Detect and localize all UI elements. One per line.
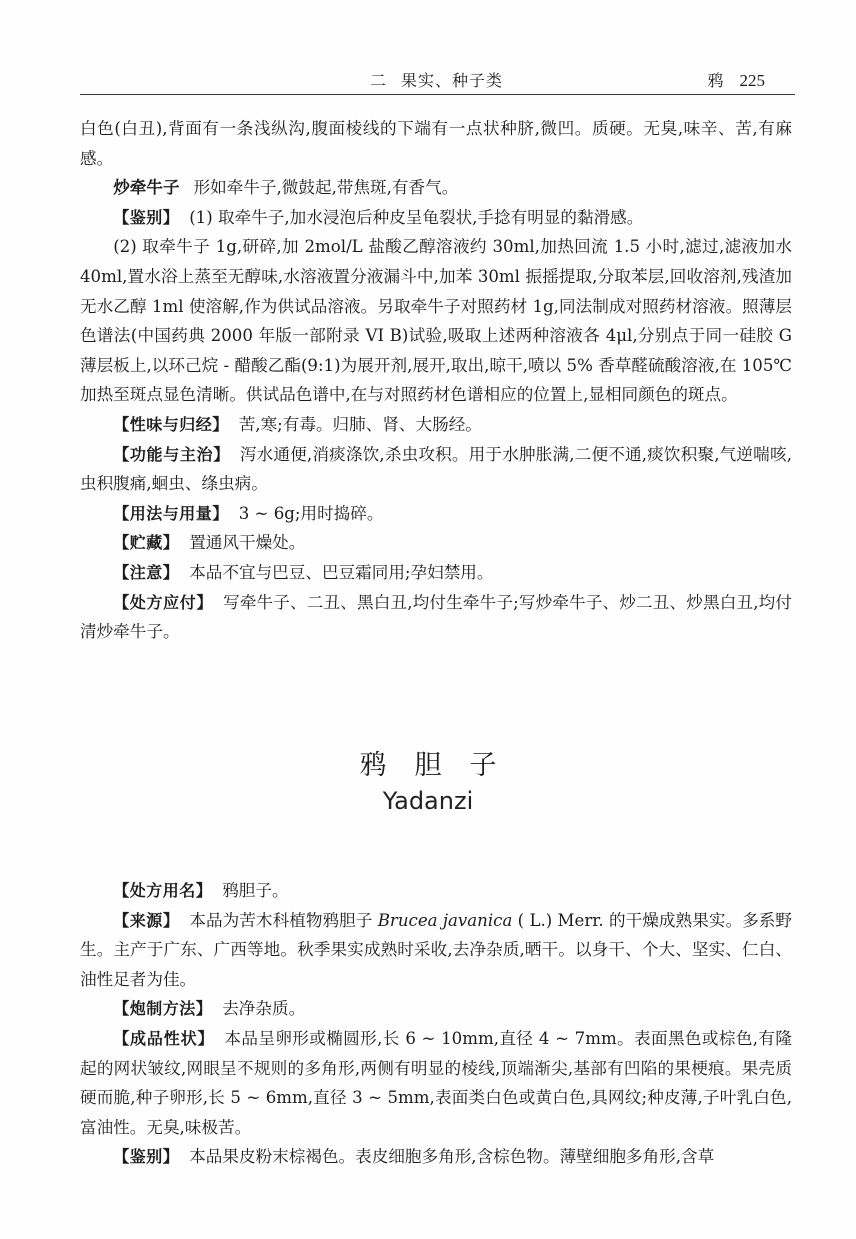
- section-label: 【功能与主治】: [113, 445, 230, 464]
- header-right: 鸦225: [707, 68, 765, 91]
- section-identification: 【鉴别】本品果皮粉末棕褐色。表皮细胞多角形,含棕色物。薄壁细胞多角形,含草: [80, 1142, 792, 1172]
- section-label: 【贮藏】: [113, 533, 179, 552]
- section-text: 3 ~ 6g;用时捣碎。: [239, 504, 384, 523]
- identification-paragraph-1: 【鉴别】(1) 取牵牛子,加水浸泡后种皮呈龟裂状,手捻有明显的黏滑感。: [80, 203, 792, 233]
- index-character: 鸦: [707, 71, 723, 90]
- continuation-paragraph: 白色(白丑),背面有一条浅纵沟,腹面棱线的下端有一点状种脐,微凹。质硬。无臭,味…: [80, 114, 792, 173]
- section-text: 置通风干燥处。: [189, 533, 305, 552]
- page-number: 225: [740, 71, 766, 90]
- section-label: 【炮制方法】: [113, 999, 212, 1018]
- section-function-indication: 【功能与主治】泻水通便,消痰涤饮,杀虫攻积。用于水肿胀满,二便不通,痰饮积聚,气…: [80, 440, 792, 499]
- chapter-title: 果实、种子类: [401, 71, 503, 90]
- entry-title: 鸦胆子: [0, 743, 856, 782]
- section-text: 去净杂质。: [222, 999, 305, 1018]
- section-text: 苦,寒;有毒。归肺、肾、大肠经。: [239, 415, 482, 434]
- section-text: 本品果皮粉末棕褐色。表皮细胞多角形,含棕色物。薄壁细胞多角形,含草: [189, 1147, 714, 1166]
- chapter-heading: 二果实、种子类: [370, 68, 503, 91]
- section-label: 【鉴别】: [113, 1147, 179, 1166]
- section-prescription-name: 【处方用名】鸦胆子。: [80, 876, 792, 906]
- processed-form-text: 形如牵牛子,微鼓起,带焦斑,有香气。: [194, 178, 459, 197]
- section-processing: 【炮制方法】去净杂质。: [80, 994, 792, 1024]
- running-header: 二果实、种子类 鸦225: [80, 64, 795, 95]
- latin-binomial: Brucea javanica: [378, 911, 513, 930]
- section-text: 本品为苦木科植物鸦胆子: [189, 911, 377, 930]
- section-label: 【处方用名】: [113, 881, 212, 900]
- previous-entry-continuation: 白色(白丑),背面有一条浅纵沟,腹面棱线的下端有一点状种脐,微凹。质硬。无臭,味…: [80, 114, 792, 647]
- section-source: 【来源】本品为苦木科植物鸦胆子 Brucea javanica ( L.) Me…: [80, 906, 792, 995]
- section-storage: 【贮藏】置通风干燥处。: [80, 528, 792, 558]
- chapter-number: 二: [370, 71, 387, 90]
- section-label: 【处方应付】: [113, 593, 213, 612]
- entry-pinyin: Yadanzi: [0, 787, 856, 815]
- section-label: 【用法与用量】: [113, 504, 229, 523]
- entry-body: 【处方用名】鸦胆子。 【来源】本品为苦木科植物鸦胆子 Brucea javani…: [80, 876, 792, 1172]
- identification-label: 【鉴别】: [113, 208, 179, 227]
- identification-paragraph-2: (2) 取牵牛子 1g,研碎,加 2mol/L 盐酸乙醇溶液约 30ml,加热回…: [80, 232, 792, 410]
- section-taste-meridian: 【性味与归经】苦,寒;有毒。归肺、肾、大肠经。: [80, 410, 792, 440]
- section-characteristics: 【成品性状】本品呈卵形或椭圆形,长 6 ~ 10mm,直径 4 ~ 7mm。表面…: [80, 1024, 792, 1142]
- section-usage-dosage: 【用法与用量】3 ~ 6g;用时捣碎。: [80, 499, 792, 529]
- section-text: 鸦胆子。: [222, 881, 288, 900]
- section-label: 【成品性状】: [113, 1029, 214, 1048]
- processed-form-paragraph: 炒牵牛子形如牵牛子,微鼓起,带焦斑,有香气。: [80, 173, 792, 203]
- processed-form-label: 炒牵牛子: [113, 178, 179, 197]
- section-caution: 【注意】本品不宜与巴豆、巴豆霜同用;孕妇禁用。: [80, 558, 792, 588]
- section-label: 【性味与归经】: [113, 415, 229, 434]
- section-label: 【注意】: [113, 563, 179, 582]
- section-dispensing: 【处方应付】写牵牛子、二丑、黑白丑,均付生牵牛子;写炒牵牛子、炒二丑、炒黑白丑,…: [80, 588, 792, 647]
- section-text: 本品不宜与巴豆、巴豆霜同用;孕妇禁用。: [189, 563, 493, 582]
- identification-text-1: (1) 取牵牛子,加水浸泡后种皮呈龟裂状,手捻有明显的黏滑感。: [189, 208, 643, 227]
- section-label: 【来源】: [113, 911, 179, 930]
